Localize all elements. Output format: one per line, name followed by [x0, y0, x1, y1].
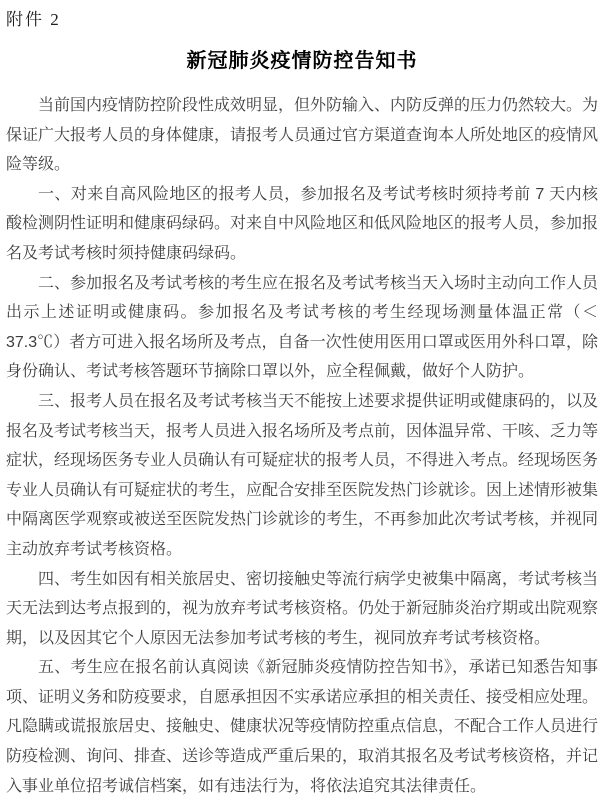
paragraph-item-2: 二、参加报名及考试考核的考生应在报名及考试考核当天入场时主动向工作人员出示上述证…: [6, 269, 598, 387]
paragraph-intro: 当前国内疫情防控阶段性成效明显，但外防输入、内防反弹的压力仍然较大。为保证广大报…: [6, 91, 598, 180]
paragraph-item-1: 一、对来自高风险地区的报考人员，参加报名及考试考核时须持考前 7 天内核酸检测阴…: [6, 180, 598, 269]
document-title: 新冠肺炎疫情防控告知书: [6, 47, 598, 75]
document-page: 附件 2 新冠肺炎疫情防控告知书 当前国内疫情防控阶段性成效明显，但外防输入、内…: [0, 0, 605, 801]
attachment-label: 附件 2: [6, 8, 598, 32]
paragraph-item-4: 四、考生如因有相关旅居史、密切接触史等流行病学史被集中隔离，考试考核当天无法到达…: [6, 565, 598, 654]
paragraph-item-3: 三、报考人员在报名及考试考核当天不能按上述要求提供证明或健康码的，以及报名及考试…: [6, 387, 598, 565]
paragraph-item-5: 五、考生应在报名前认真阅读《新冠肺炎疫情防控告知书》，承诺已知悉告知事项、证明义…: [6, 653, 598, 801]
document-body: 当前国内疫情防控阶段性成效明显，但外防输入、内防反弹的压力仍然较大。为保证广大报…: [6, 91, 598, 801]
